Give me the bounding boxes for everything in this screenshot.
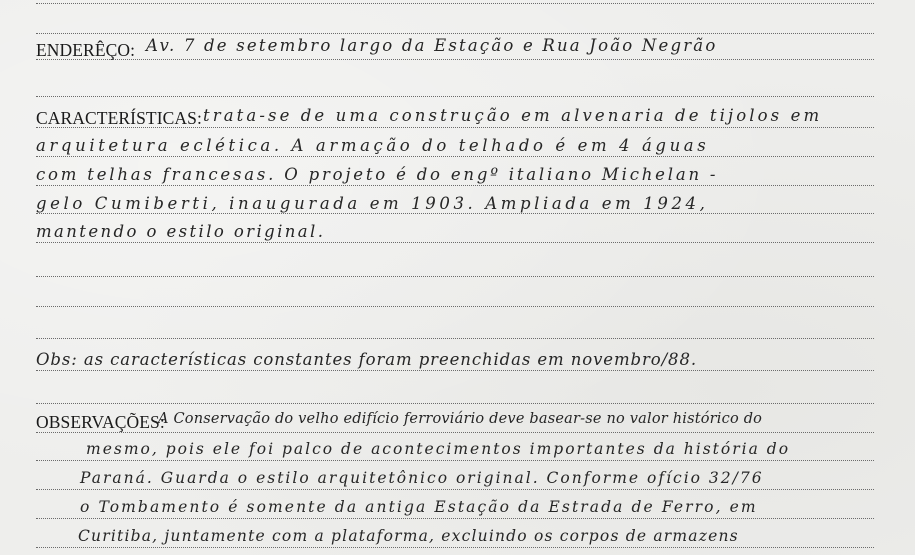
caracteristicas-line-5: mantendo o estilo original. — [36, 222, 325, 241]
observacoes-label: OBSERVAÇÕES: — [36, 412, 165, 433]
dotted-rule — [36, 547, 874, 548]
observacoes-line-4: o Tombamento é somente da antiga Estação… — [80, 498, 758, 516]
dotted-rule — [36, 156, 874, 157]
caracteristicas-line-2: arquitetura eclética. A armação do telha… — [36, 136, 709, 155]
dotted-rule — [36, 96, 874, 97]
endereco-label: ENDERÊÇO: — [36, 40, 135, 61]
observacoes-line-1: A Conservação do velho edifício ferroviá… — [158, 411, 762, 427]
observacoes-line-5: Curitiba, juntamente com a plataforma, e… — [78, 527, 739, 545]
caracteristicas-line-3: com telhas francesas. O projeto é do eng… — [36, 165, 718, 184]
caracteristicas-label: CARACTERÍSTICAS: — [36, 108, 202, 129]
dotted-rule — [36, 59, 874, 60]
dotted-rule — [36, 242, 874, 243]
dotted-rule — [36, 518, 874, 519]
dotted-rule — [36, 403, 874, 404]
endereco-value: Av. 7 de setembro largo da Estação e Rua… — [146, 36, 717, 55]
observacoes-line-2: mesmo, pois ele foi palco de acontecimen… — [86, 440, 790, 458]
dotted-rule — [36, 3, 874, 4]
dotted-rule — [36, 213, 874, 214]
dotted-rule — [36, 276, 874, 277]
dotted-rule — [36, 306, 874, 307]
dotted-rule — [36, 185, 874, 186]
dotted-rule — [36, 460, 874, 461]
dotted-rule — [36, 33, 874, 34]
observacoes-line-3: Paraná. Guarda o estilo arquitetônico or… — [80, 469, 764, 487]
obs-note: Obs: as características constantes foram… — [36, 350, 697, 369]
dotted-rule — [36, 489, 874, 490]
dotted-rule — [36, 338, 874, 339]
caracteristicas-line-4: gelo Cumiberti, inaugurada em 1903. Ampl… — [36, 194, 708, 213]
caracteristicas-line-1: trata-se de uma construção em alvenaria … — [203, 106, 822, 125]
form-sheet: ENDERÊÇO: Av. 7 de setembro largo da Est… — [0, 0, 915, 555]
dotted-rule — [36, 370, 874, 371]
